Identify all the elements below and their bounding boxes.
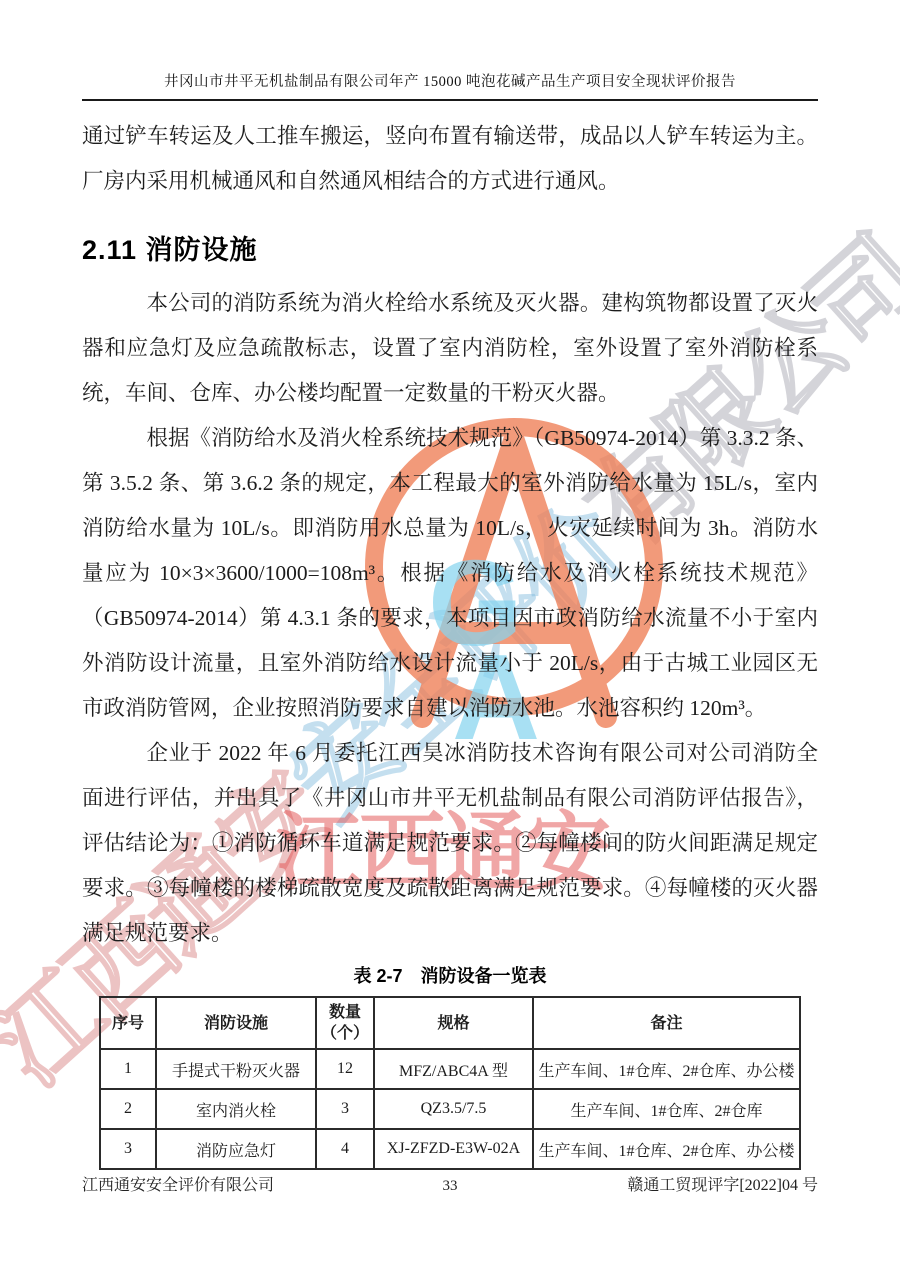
- col-header-remark: 备注: [533, 997, 800, 1049]
- document-page: 江西通安安全评价有限公司 G A 江西通安 井冈山市井平无机盐制品有限公司年产 …: [0, 0, 900, 1272]
- table-header-row: 序号 消防设施 数量 （个） 规格 备注: [100, 997, 800, 1049]
- paragraph-fire-system: 本公司的消防系统为消火栓给水系统及灭火器。建构筑物都设置了灭火器和应急灯及应急疏…: [82, 281, 818, 416]
- col-header-index: 序号: [100, 997, 156, 1049]
- footer-doc-number: 赣通工贸现评字[2022]04 号: [458, 1172, 819, 1195]
- cell-spec: MFZ/ABC4A 型: [374, 1049, 533, 1089]
- cell-index: 3: [100, 1129, 156, 1169]
- cell-remark: 生产车间、1#仓库、2#仓库: [533, 1089, 800, 1129]
- table-row: 3 消防应急灯 4 XJ-ZFZD-E3W-02A 生产车间、1#仓库、2#仓库…: [100, 1129, 800, 1169]
- page-header-title: 井冈山市井平无机盐制品有限公司年产 15000 吨泡花碱产品生产项目安全现状评价…: [82, 70, 818, 101]
- document-content: 井冈山市井平无机盐制品有限公司年产 15000 吨泡花碱产品生产项目安全现状评价…: [0, 0, 900, 1272]
- cell-quantity: 12: [316, 1049, 374, 1089]
- footer-page-number: 33: [443, 1178, 458, 1195]
- cell-remark: 生产车间、1#仓库、2#仓库、办公楼: [533, 1129, 800, 1169]
- cell-spec: QZ3.5/7.5: [374, 1089, 533, 1129]
- paragraph-water-supply: 根据《消防给水及消火栓系统技术规范》（GB50974-2014）第 3.3.2 …: [82, 416, 818, 731]
- col-header-spec: 规格: [374, 997, 533, 1049]
- cell-quantity: 3: [316, 1089, 374, 1129]
- cell-spec: XJ-ZFZD-E3W-02A: [374, 1129, 533, 1169]
- cell-facility: 室内消火栓: [156, 1089, 316, 1129]
- cell-remark: 生产车间、1#仓库、2#仓库、办公楼: [533, 1049, 800, 1089]
- col-header-facility: 消防设施: [156, 997, 316, 1049]
- cell-index: 1: [100, 1049, 156, 1089]
- page-footer: 江西通安安全评价有限公司 33 赣通工贸现评字[2022]04 号: [82, 1172, 818, 1195]
- table-row: 2 室内消火栓 3 QZ3.5/7.5 生产车间、1#仓库、2#仓库: [100, 1089, 800, 1129]
- footer-company-name: 江西通安安全评价有限公司: [82, 1172, 443, 1195]
- cell-facility: 手提式干粉灭火器: [156, 1049, 316, 1089]
- paragraph-ventilation: 通过铲车转运及人工推车搬运，竖向布置有输送带，成品以人铲车转运为主。厂房内采用机…: [82, 114, 818, 204]
- cell-quantity: 4: [316, 1129, 374, 1169]
- paragraph-fire-assessment: 企业于 2022 年 6 月委托江西昊冰消防技术咨询有限公司对公司消防全面进行评…: [82, 731, 818, 956]
- table-row: 1 手提式干粉灭火器 12 MFZ/ABC4A 型 生产车间、1#仓库、2#仓库…: [100, 1049, 800, 1089]
- table-title: 表 2-7 消防设备一览表: [82, 962, 818, 988]
- col-header-quantity: 数量 （个）: [316, 997, 374, 1049]
- fire-equipment-table: 序号 消防设施 数量 （个） 规格 备注 1 手提式干粉灭火器 12 MFZ/A…: [99, 996, 801, 1170]
- section-heading: 2.11 消防设施: [82, 228, 818, 267]
- cell-index: 2: [100, 1089, 156, 1129]
- cell-facility: 消防应急灯: [156, 1129, 316, 1169]
